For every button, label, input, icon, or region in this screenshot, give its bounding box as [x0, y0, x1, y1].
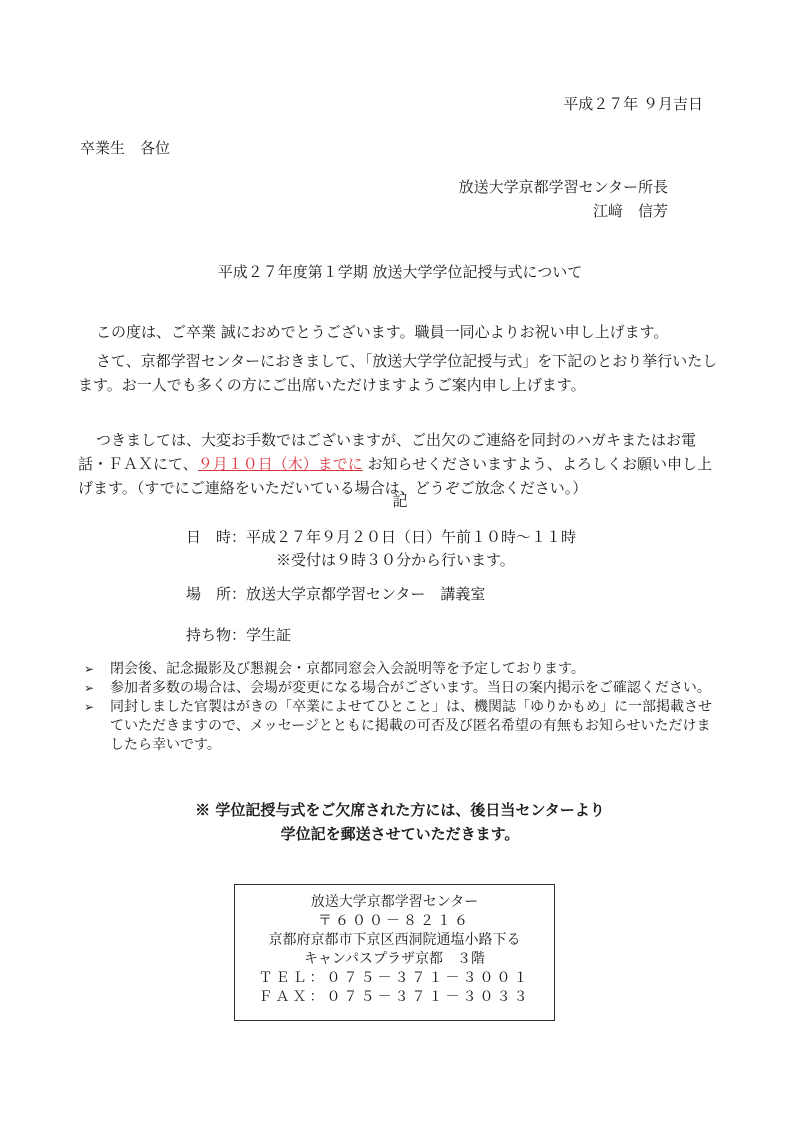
arrow-bullet-icon: ➢: [84, 660, 110, 679]
list-item: ➢ 参加者多数の場合は、会場が変更になる場合がございます。当日の案内掲示をご確認…: [84, 679, 724, 698]
document-title: 平成２７年度第１学期 放送大学学位記授与式について: [0, 261, 800, 282]
paragraph-ceremony-announcement: さて、京都学習センターにおきまして、「放送大学学位記授与式」を下記のとおり挙行い…: [78, 349, 718, 397]
absence-notice: ※ 学位記授与式をご欠席された方には、後日当センターより 学位記を郵送させていた…: [0, 798, 800, 846]
rsvp-deadline: ９月１０日（木）までに: [198, 455, 363, 473]
arrow-bullet-icon: ➢: [84, 698, 110, 755]
list-item-text: 同封しました官製はがきの「卒業によせてひとこと」は、機関誌「ゆりかもめ」に一部掲…: [110, 698, 724, 755]
notice-line: 学位記を郵送させていただきます。: [0, 822, 800, 846]
detail-items-to-bring: 持ち物：学生証: [186, 624, 291, 645]
paragraph-text: この度は、ご卒業 誠におめでとうございます。職員一同心よりお祝い申し上げます。: [96, 323, 668, 341]
contact-address-line1: 京都府京都市下京区西洞院通塩小路下る: [235, 931, 554, 950]
paragraph-text: さて、京都学習センターにおきまして、「放送大学学位記授与式」を下記のとおり挙行い…: [78, 352, 717, 394]
list-item: ➢ 同封しました官製はがきの「卒業によせてひとこと」は、機関誌「ゆりかもめ」に一…: [84, 698, 724, 755]
contact-org: 放送大学京都学習センター: [235, 893, 554, 912]
contact-address-line2: キャンパスプラザ京都 ３階: [235, 950, 554, 969]
arrow-bullet-icon: ➢: [84, 679, 110, 698]
detail-reception-note: ※受付は９時３０分から行います。: [276, 549, 515, 570]
sender-organization: 放送大学京都学習センター所長: [459, 176, 668, 197]
contact-tel: ＴＥＬ：０７５－３７１－３００１: [235, 969, 554, 988]
paragraph-congratulations: この度は、ご卒業 誠におめでとうございます。職員一同心よりお祝い申し上げます。: [78, 320, 718, 344]
details-heading: 記: [0, 490, 800, 511]
list-item: ➢ 閉会後、記念撮影及び懇親会・京都同窓会入会説明等を予定しております。: [84, 660, 724, 679]
detail-datetime: 日 時：平成２７年９月２０日（日）午前１０時～１１時: [186, 526, 576, 547]
notes-list: ➢ 閉会後、記念撮影及び懇親会・京都同窓会入会説明等を予定しております。 ➢ 参…: [84, 660, 724, 755]
addressee: 卒業生 各位: [80, 137, 170, 158]
list-item-text: 参加者多数の場合は、会場が変更になる場合がございます。当日の案内掲示をご確認くだ…: [110, 679, 724, 698]
sender-name: 江﨑 信芳: [593, 200, 668, 221]
contact-box: 放送大学京都学習センター 〒６００－８２１６ 京都府京都市下京区西洞院通塩小路下…: [234, 884, 555, 1021]
contact-postal-code: 〒６００－８２１６: [235, 912, 554, 931]
notice-line: ※ 学位記授与式をご欠席された方には、後日当センターより: [0, 798, 800, 822]
detail-place: 場 所：放送大学京都学習センター 講義室: [186, 583, 485, 604]
list-item-text: 閉会後、記念撮影及び懇親会・京都同窓会入会説明等を予定しております。: [110, 660, 724, 679]
contact-fax: ＦＡＸ：０７５－３７１－３０３３: [235, 988, 554, 1007]
document-date: 平成２７年 ９月吉日: [563, 93, 703, 114]
